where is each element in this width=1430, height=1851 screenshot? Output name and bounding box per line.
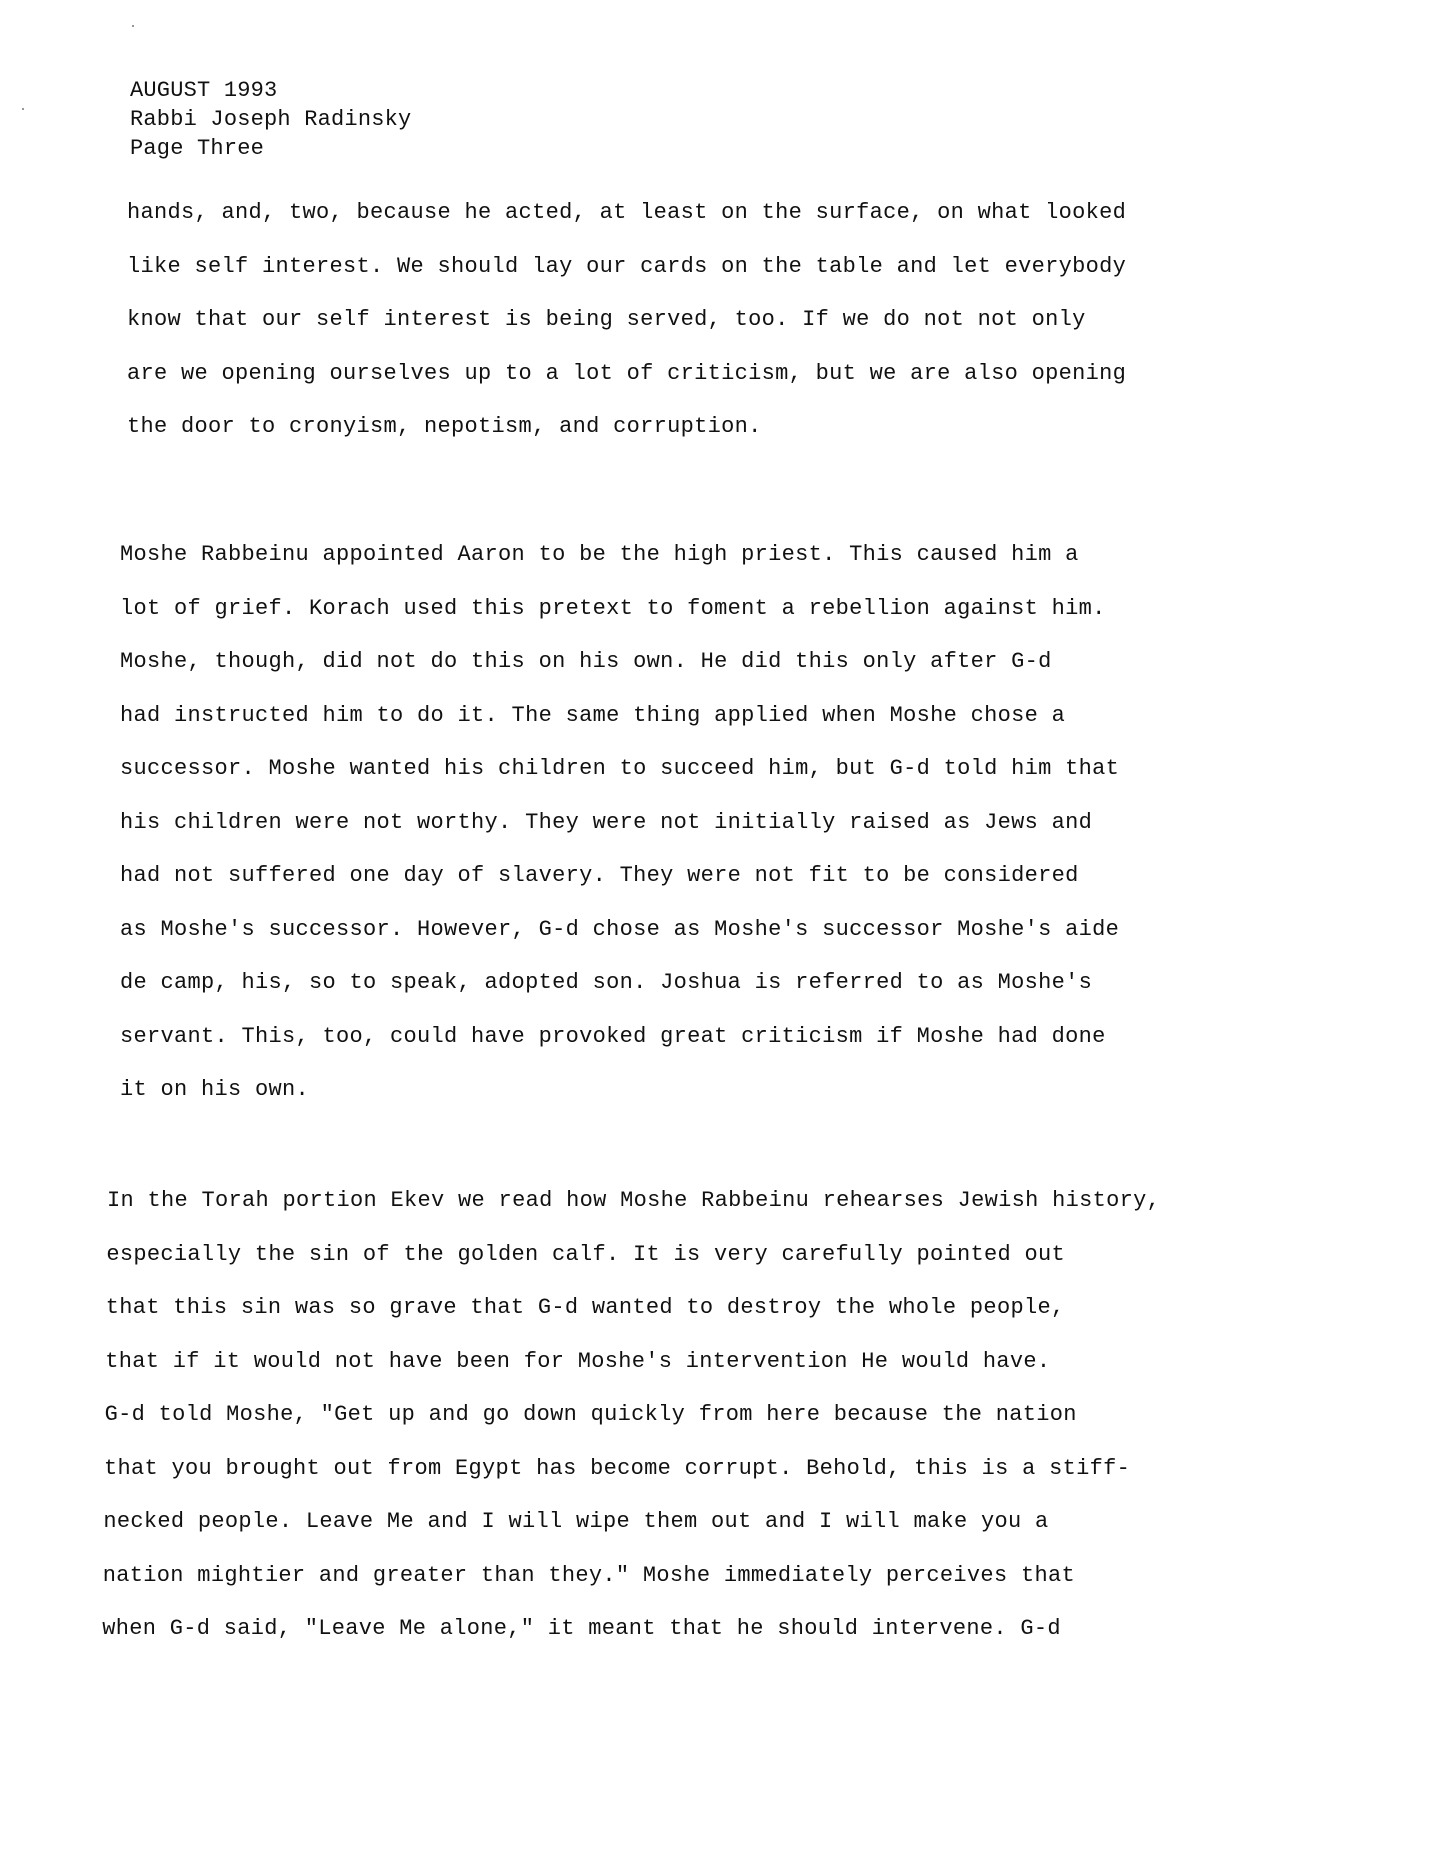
paragraph-2-line: Moshe, though, did not do this on his ow… (120, 649, 1052, 674)
paragraph-3-line: that this sin was so grave that G-d want… (106, 1295, 1065, 1320)
paragraph-1-line: hands, and, two, because he acted, at le… (127, 200, 1126, 225)
paragraph-1-line: the door to cronyism, nepotism, and corr… (127, 414, 762, 439)
paragraph-2-line: de camp, his, so to speak, adopted son. … (120, 970, 1092, 995)
paragraph-3-line: that you brought out from Egypt has beco… (104, 1456, 1130, 1481)
paragraph-3-line: that if it would not have been for Moshe… (105, 1349, 1050, 1374)
letter-header: AUGUST 1993 Rabbi Joseph Radinsky Page T… (130, 76, 411, 163)
paragraph-3-line: G-d told Moshe, "Get up and go down quic… (105, 1402, 1077, 1427)
document-page: AUGUST 1993 Rabbi Joseph Radinsky Page T… (0, 0, 1430, 1851)
paragraph-2-line: had not suffered one day of slavery. The… (120, 863, 1079, 888)
paragraph-2-line: as Moshe's successor. However, G-d chose… (120, 917, 1119, 942)
scan-speck (132, 25, 134, 27)
paragraph-1-line: know that our self interest is being ser… (127, 307, 1086, 332)
paragraph-2-line: lot of grief. Korach used this pretext t… (120, 596, 1106, 621)
paragraph-3-line: necked people. Leave Me and I will wipe … (103, 1509, 1048, 1534)
scan-speck (22, 108, 24, 110)
paragraph-2-line: successor. Moshe wanted his children to … (120, 756, 1119, 781)
paragraph-3-line: especially the sin of the golden calf. I… (106, 1242, 1065, 1267)
header-page: Page Three (130, 134, 411, 163)
paragraph-2-line: his children were not worthy. They were … (120, 810, 1092, 835)
paragraph-1-line: are we opening ourselves up to a lot of … (127, 361, 1126, 386)
paragraph-1-line: like self interest. We should lay our ca… (127, 254, 1126, 279)
paragraph-2-line: it on his own. (120, 1077, 309, 1102)
paragraph-3-line: nation mightier and greater than they." … (103, 1563, 1075, 1588)
header-author: Rabbi Joseph Radinsky (130, 105, 411, 134)
paragraph-3-line: when G-d said, "Leave Me alone," it mean… (102, 1616, 1061, 1641)
paragraph-2-line: had instructed him to do it. The same th… (120, 703, 1065, 728)
paragraph-2-line: servant. This, too, could have provoked … (120, 1024, 1106, 1049)
paragraph-3-line: In the Torah portion Ekev we read how Mo… (107, 1188, 1160, 1213)
header-date: AUGUST 1993 (130, 76, 411, 105)
paragraph-2-line: Moshe Rabbeinu appointed Aaron to be the… (120, 542, 1079, 567)
